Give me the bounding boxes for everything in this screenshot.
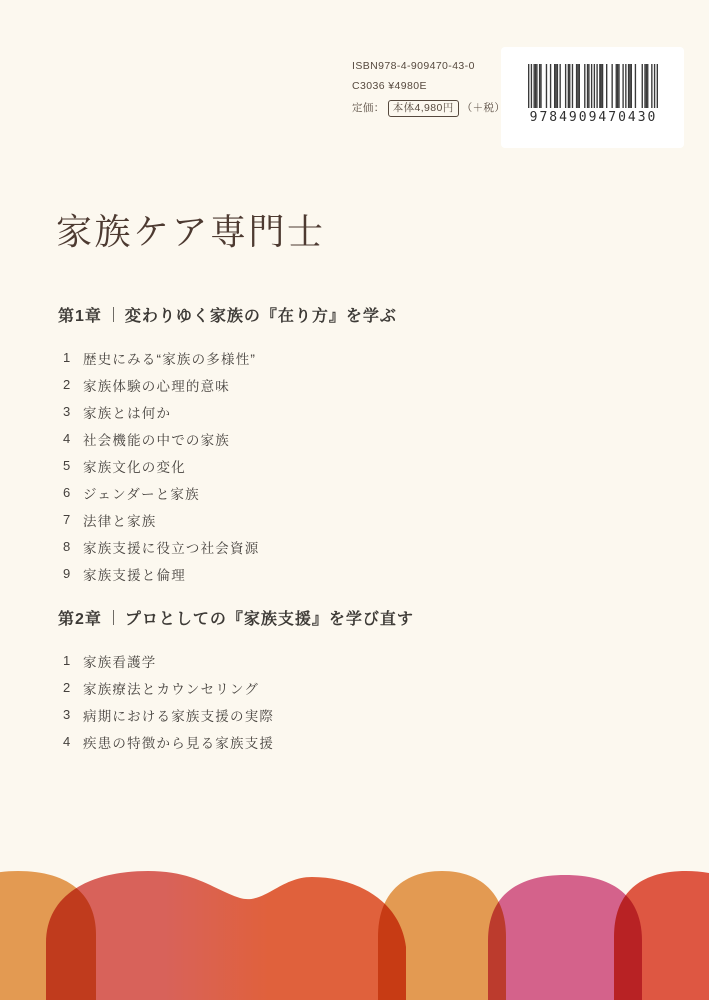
chapter-1-toc: 1歴史にみる“家族の多様性” 2家族体験の心理的意味 3家族とは何か 4社会機能… bbox=[63, 344, 259, 587]
toc-item-number: 3 bbox=[63, 707, 83, 722]
toc-item: 6ジェンダーと家族 bbox=[63, 479, 259, 506]
toc-item-label: 病期における家族支援の実際 bbox=[83, 705, 274, 725]
toc-item-number: 3 bbox=[63, 404, 83, 419]
toc-item-number: 1 bbox=[63, 350, 83, 365]
toc-item: 2家族療法とカウンセリング bbox=[63, 674, 274, 701]
toc-item-number: 8 bbox=[63, 539, 83, 554]
chapter-2-title: プロとしての『家族支援』を学び直す bbox=[125, 606, 414, 629]
chapter-1-title: 変わりゆく家族の『在り方』を学ぶ bbox=[125, 303, 397, 326]
book-back-cover: ISBN978-4-909470-43-0 C3036 ¥4980E 定価： 本… bbox=[0, 0, 709, 1000]
toc-item-number: 2 bbox=[63, 377, 83, 392]
toc-item-label: 家族とは何か bbox=[83, 402, 171, 422]
toc-item-label: 歴史にみる“家族の多様性” bbox=[83, 348, 256, 368]
blob-orange-mid bbox=[378, 871, 506, 1000]
toc-item: 4社会機能の中での家族 bbox=[63, 425, 259, 452]
isbn-block: ISBN978-4-909470-43-0 C3036 ¥4980E 定価： 本… bbox=[352, 56, 505, 118]
chapter-2-toc: 1家族看護学 2家族療法とカウンセリング 3病期における家族支援の実際 4疾患の… bbox=[63, 647, 274, 755]
toc-item: 1家族看護学 bbox=[63, 647, 274, 674]
toc-item-number: 4 bbox=[63, 431, 83, 446]
heading-divider bbox=[113, 610, 114, 625]
toc-item: 4疾患の特徴から見る家族支援 bbox=[63, 728, 274, 755]
barcode-bars bbox=[528, 64, 658, 108]
toc-item-label: 社会機能の中での家族 bbox=[83, 429, 230, 449]
toc-item: 9家族支援と倫理 bbox=[63, 560, 259, 587]
toc-item-number: 2 bbox=[63, 680, 83, 695]
toc-item: 3家族とは何か bbox=[63, 398, 259, 425]
blob-heart-center bbox=[46, 871, 406, 1000]
toc-item: 3病期における家族支援の実際 bbox=[63, 701, 274, 728]
toc-item-label: 家族体験の心理的意味 bbox=[83, 375, 230, 395]
toc-item: 7法律と家族 bbox=[63, 506, 259, 533]
toc-item: 2家族体験の心理的意味 bbox=[63, 371, 259, 398]
price-tax-note: （＋税） bbox=[462, 98, 506, 118]
isbn-line: ISBN978-4-909470-43-0 bbox=[352, 56, 505, 76]
chapter-2-heading: 第2章 プロとしての『家族支援』を学び直す bbox=[58, 607, 414, 627]
chapter-2-number: 第2章 bbox=[58, 606, 102, 629]
price-boxed-value: 本体4,980円 bbox=[388, 100, 459, 117]
toc-item-label: 疾患の特徴から見る家族支援 bbox=[83, 732, 274, 752]
toc-item-number: 7 bbox=[63, 512, 83, 527]
price-label: 定価： bbox=[352, 98, 385, 118]
book-title: 家族ケア専門士 bbox=[56, 204, 326, 255]
decorative-blobs bbox=[0, 835, 709, 1000]
barcode-number: 9784909470430 bbox=[528, 110, 658, 125]
chapter-1-heading: 第1章 変わりゆく家族の『在り方』を学ぶ bbox=[58, 304, 397, 324]
toc-item-label: 法律と家族 bbox=[83, 510, 157, 530]
toc-item: 5家族文化の変化 bbox=[63, 452, 259, 479]
toc-item-number: 6 bbox=[63, 485, 83, 500]
toc-item: 1歴史にみる“家族の多様性” bbox=[63, 344, 259, 371]
toc-item-number: 1 bbox=[63, 653, 83, 668]
c-code-line: C3036 ¥4980E bbox=[352, 76, 505, 96]
toc-item-label: 家族看護学 bbox=[83, 651, 157, 671]
toc-item-label: 家族支援に役立つ社会資源 bbox=[83, 537, 259, 557]
blob-red-right bbox=[614, 871, 709, 1000]
price-line: 定価： 本体4,980円 （＋税） bbox=[352, 98, 505, 118]
toc-item-label: 家族文化の変化 bbox=[83, 456, 186, 476]
toc-item-number: 5 bbox=[63, 458, 83, 473]
toc-item-number: 4 bbox=[63, 734, 83, 749]
toc-item-label: 家族療法とカウンセリング bbox=[83, 678, 259, 698]
barcode-panel: 9784909470430 bbox=[501, 47, 684, 148]
toc-item: 8家族支援に役立つ社会資源 bbox=[63, 533, 259, 560]
toc-item-number: 9 bbox=[63, 566, 83, 581]
heading-divider bbox=[113, 307, 114, 322]
toc-item-label: 家族支援と倫理 bbox=[83, 564, 186, 584]
toc-item-label: ジェンダーと家族 bbox=[83, 483, 200, 503]
chapter-1-number: 第1章 bbox=[58, 303, 102, 326]
